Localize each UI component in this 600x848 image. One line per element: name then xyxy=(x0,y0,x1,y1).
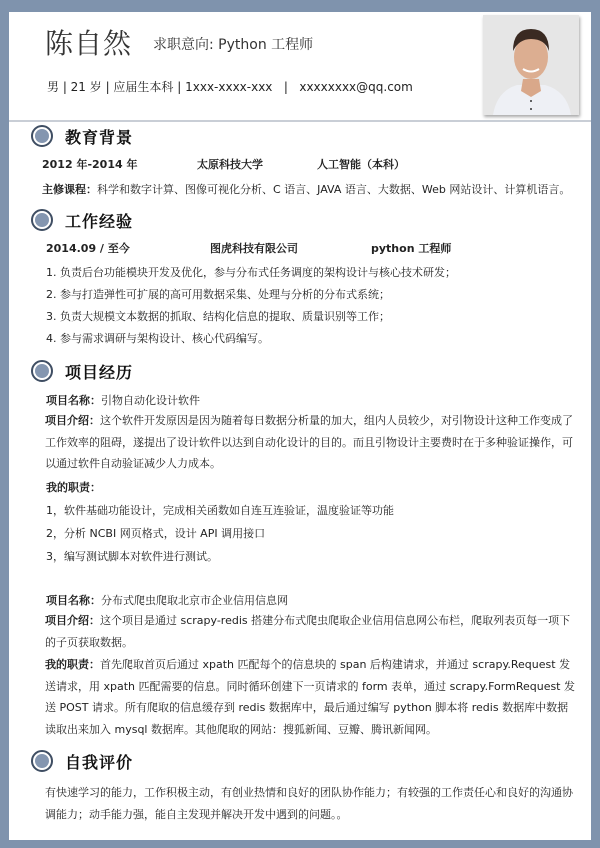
work-item: 1. 负责后台功能模块开发及优化，参与分布式任务调度的架构设计与核心技术研发； xyxy=(46,264,456,280)
project-name-text: 分布式爬虫爬取北京市企业信用信息网 xyxy=(101,594,288,607)
section-education-title: 教育背景 xyxy=(31,123,133,149)
section-label: 工作经验 xyxy=(65,209,133,232)
project-name-text: 引物自动化设计软件 xyxy=(101,394,200,407)
section-bullet-icon xyxy=(31,360,53,382)
resume-header: 陈自然 求职意向: Python 工程师 男 | 21 岁 | 应届生本科 | … xyxy=(9,12,591,122)
work-position: python 工程师 xyxy=(371,240,451,256)
section-bullet-icon xyxy=(31,125,53,147)
work-item: 4. 参与需求调研与架构设计、核心代码编写。 xyxy=(46,330,269,346)
project-name: 项目名称：分布式爬虫爬取北京市企业信用信息网 xyxy=(46,592,288,608)
job-intent: 求职意向: Python 工程师 xyxy=(153,34,313,54)
project-duty-text: 首先爬取首页后通过 xpath 匹配每个的信息块的 span 后构建请求，并通过… xyxy=(45,658,575,736)
education-major: 人工智能（本科） xyxy=(317,156,405,172)
education-school: 太原科技大学 xyxy=(197,156,263,172)
project-duty-item: 1，软件基础功能设计，完成相关函数如自连互连验证，温度验证等功能 xyxy=(46,502,394,518)
courses-label: 主修课程： xyxy=(42,183,97,196)
work-item: 3. 负责大规模文本数据的抓取、结构化信息的提取、质量识别等工作； xyxy=(46,308,390,324)
project-duty-label: 我的职责： xyxy=(46,479,101,495)
project-intro-label: 项目介绍： xyxy=(45,414,100,427)
section-label: 教育背景 xyxy=(65,125,133,148)
section-projects-title: 项目经历 xyxy=(31,358,133,384)
project-name-label: 项目名称： xyxy=(46,394,101,407)
project-name-label: 项目名称： xyxy=(46,594,101,607)
self-eval-text: 有快速学习的能力，工作积极主动，有创业热情和良好的团队协作能力；有较强的工作责任… xyxy=(45,782,575,825)
profile-photo xyxy=(483,15,579,115)
project-duty-label: 我的职责： xyxy=(45,658,100,671)
section-self-eval-title: 自我评价 xyxy=(31,748,133,774)
project-intro-text: 这个项目是通过 scrapy-redis 搭建分布式爬虫爬取企业信用信息网公布栏… xyxy=(45,614,570,649)
project-intro-label: 项目介绍： xyxy=(45,614,100,627)
project-name: 项目名称：引物自动化设计软件 xyxy=(46,392,200,408)
project-intro-text: 这个软件开发原因是因为随着每日数据分析量的加大，组内人员较少，对引物设计这种工作… xyxy=(45,414,573,470)
project-intro: 项目介绍：这个项目是通过 scrapy-redis 搭建分布式爬虫爬取企业信用信… xyxy=(45,610,575,653)
section-bullet-icon xyxy=(31,750,53,772)
section-label: 自我评价 xyxy=(65,750,133,773)
education-period: 2012 年-2014 年 xyxy=(42,156,137,172)
project-duty-item: 2，分析 NCBI 网页格式，设计 API 调用接口 xyxy=(46,525,265,541)
project-intro: 项目介绍：这个软件开发原因是因为随着每日数据分析量的加大，组内人员较少，对引物设… xyxy=(45,410,575,475)
courses-text: 科学和数字计算、图像可视化分析、C 语言、JAVA 语言、大数据、Web 网站设… xyxy=(97,183,570,196)
project-duty: 我的职责：首先爬取首页后通过 xpath 匹配每个的信息块的 span 后构建请… xyxy=(45,654,575,740)
resume-page: 陈自然 求职意向: Python 工程师 男 | 21 岁 | 应届生本科 | … xyxy=(9,12,591,840)
section-work-title: 工作经验 xyxy=(31,207,133,233)
work-period: 2014.09 / 至今 xyxy=(46,240,130,256)
person-photo-icon xyxy=(483,15,579,115)
candidate-name: 陈自然 xyxy=(45,22,132,62)
work-item: 2. 参与打造弹性可扩展的高可用数据采集、处理与分析的分布式系统； xyxy=(46,286,390,302)
contact-info: 男 | 21 岁 | 应届生本科 | 1xxx-xxxx-xxx | xxxxx… xyxy=(47,78,413,95)
section-label: 项目经历 xyxy=(65,360,133,383)
work-company: 图虎科技有限公司 xyxy=(210,240,298,256)
project-duty-item: 3，编写测试脚本对软件进行测试。 xyxy=(46,548,218,564)
education-courses: 主修课程：科学和数字计算、图像可视化分析、C 语言、JAVA 语言、大数据、We… xyxy=(42,181,570,197)
section-bullet-icon xyxy=(31,209,53,231)
